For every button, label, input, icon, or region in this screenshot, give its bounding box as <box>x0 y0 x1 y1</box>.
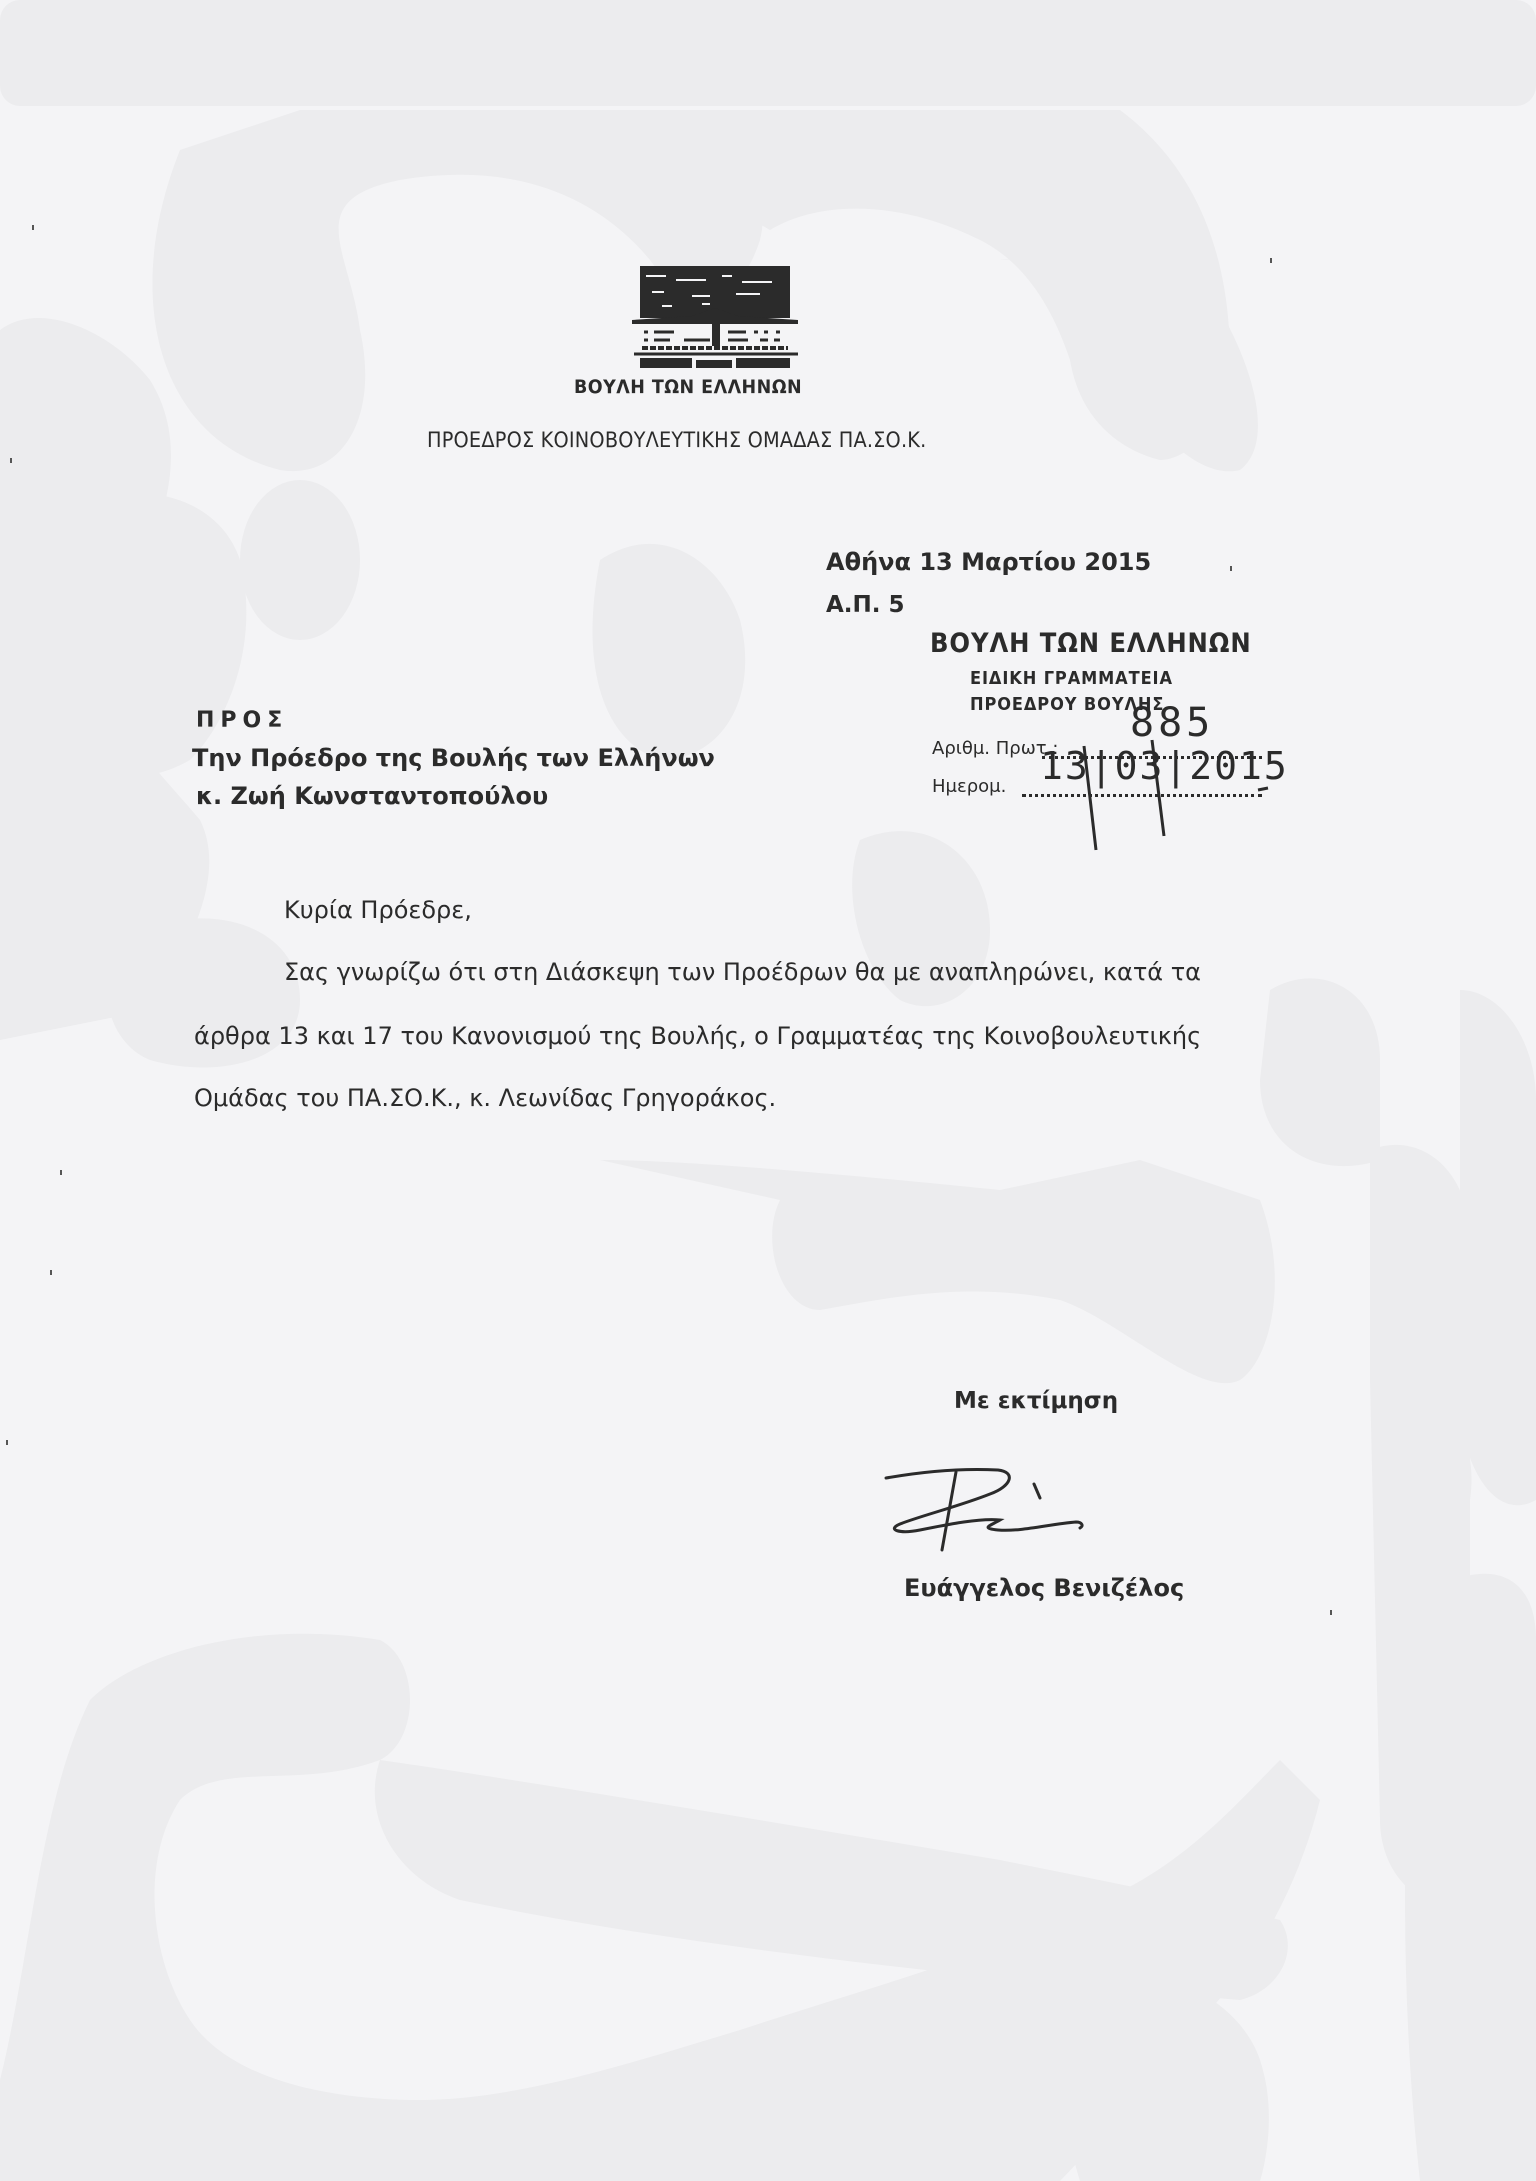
parliament-emblem-icon <box>632 262 798 368</box>
scan-speck <box>50 1270 52 1275</box>
salutation: Κυρία Πρόεδρε, <box>284 896 472 924</box>
scan-speck <box>1270 258 1272 263</box>
signature-icon <box>880 1462 1100 1562</box>
recipient-line-1: Την Πρόεδρο της Βουλής των Ελλήνων <box>192 744 715 772</box>
body-line: άρθρα 13 και 17 του Κανονισμού της Βουλή… <box>194 1022 1201 1050</box>
letterhead-institution: ΒΟΥΛΗ ΤΩΝ ΕΛΛΗΝΩΝ <box>574 376 802 398</box>
closing: Με εκτίμηση <box>954 1388 1118 1414</box>
scan-speck <box>60 1170 62 1175</box>
date-line: Αθήνα 13 Μαρτίου 2015 <box>826 548 1151 576</box>
reference-number: Α.Π. 5 <box>826 592 905 618</box>
scan-speck <box>1330 1610 1332 1615</box>
scan-speck <box>6 1440 8 1445</box>
scan-speck <box>1230 566 1232 571</box>
recipient-heading: ΠΡΟΣ <box>196 708 288 733</box>
stamp-date-dividers <box>930 628 1270 858</box>
scan-speck <box>10 458 12 463</box>
scan-speck <box>32 225 34 230</box>
letterhead-office: ΠΡΟΕΔΡΟΣ ΚΟΙΝΟΒΟΥΛΕΥΤΙΚΗΣ ΟΜΑΔΑΣ ΠΑ.ΣΟ.Κ… <box>427 428 926 452</box>
signer-name: Ευάγγελος Βενιζέλος <box>904 1574 1184 1602</box>
body-line: Ομάδας του ΠΑ.ΣΟ.Κ., κ. Λεωνίδας Γρηγορά… <box>194 1084 776 1112</box>
recipient-line-2: κ. Ζωή Κωνσταντοπούλου <box>196 782 548 810</box>
body-line: Σας γνωρίζω ότι στη Διάσκεψη των Προέδρω… <box>284 958 1201 986</box>
